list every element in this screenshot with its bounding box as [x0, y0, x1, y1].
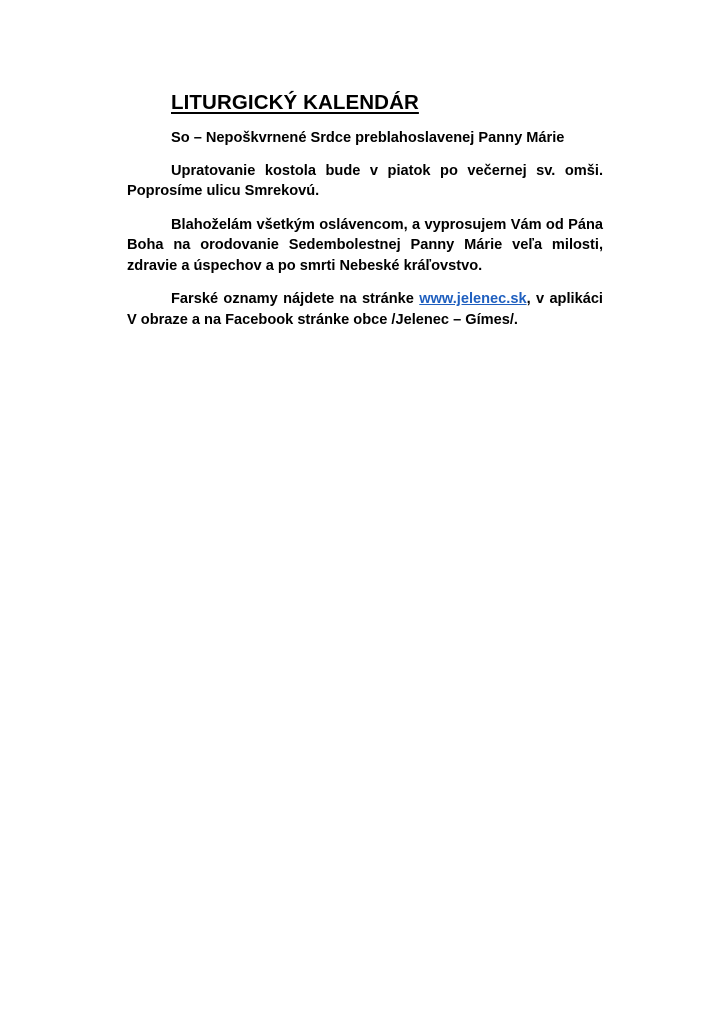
cleaning-announcement: Upratovanie kostola bude v piatok po več… [127, 161, 603, 202]
info-paragraph: Farské oznamy nájdete na stránke www.jel… [127, 289, 603, 330]
document-page: LITURGICKÝ KALENDÁR So – Nepoškvrnené Sr… [127, 88, 603, 330]
page-title: LITURGICKÝ KALENDÁR [171, 88, 603, 118]
website-link[interactable]: www.jelenec.sk [419, 291, 526, 307]
blessing-paragraph: Blahoželám všetkým oslávencom, a vyprosu… [127, 215, 603, 277]
feast-paragraph: So – Nepoškvrnené Srdce preblahoslavenej… [127, 128, 603, 149]
info-text-before-link: Farské oznamy nájdete na stránke [171, 291, 419, 307]
